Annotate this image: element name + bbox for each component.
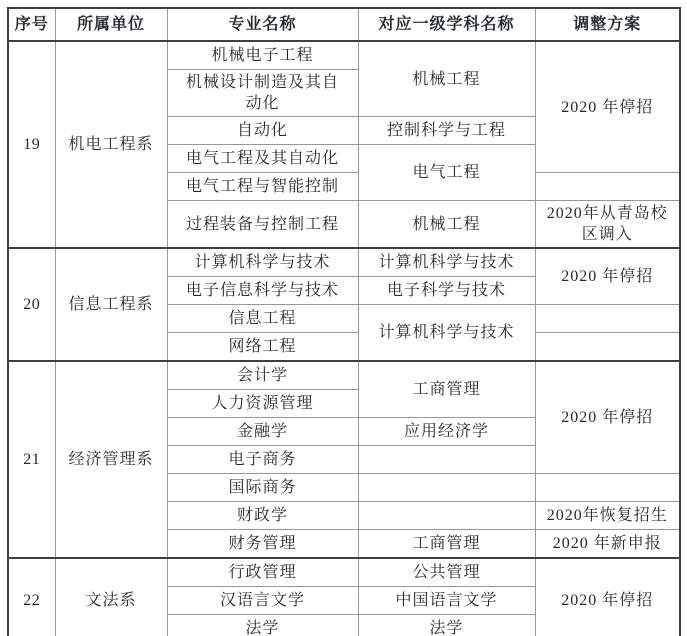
discipline-cell: 工商管理 <box>358 361 535 418</box>
discipline-cell: 法学 <box>358 615 535 636</box>
plan-cell <box>535 173 680 201</box>
column-header: 序号 <box>8 8 55 41</box>
discipline-cell: 计算机科学与技术 <box>358 305 535 362</box>
unit-cell: 经济管理系 <box>55 361 167 558</box>
major-cell: 机械电子工程 <box>167 41 358 70</box>
major-cell: 电气工程与智能控制 <box>167 173 358 201</box>
major-cell: 网络工程 <box>167 333 358 362</box>
discipline-cell: 电气工程 <box>358 145 535 201</box>
column-header: 专业名称 <box>167 8 358 41</box>
discipline-cell: 机械工程 <box>358 201 535 249</box>
plan-cell: 2020年恢复招生 <box>535 502 680 530</box>
discipline-cell: 应用经济学 <box>358 418 535 446</box>
plan-cell <box>535 474 680 502</box>
major-cell: 电气工程及其自动化 <box>167 145 358 173</box>
discipline-cell <box>358 446 535 474</box>
unit-cell: 机电工程系 <box>55 41 167 248</box>
table-row: 20信息工程系计算机科学与技术计算机科学与技术2020 年停招 <box>8 248 680 277</box>
plan-cell: 2020 年停招 <box>535 41 680 173</box>
discipline-cell: 计算机科学与技术 <box>358 248 535 277</box>
column-header: 所属单位 <box>55 8 167 41</box>
document-page: 序号所属单位专业名称对应一级学科名称调整方案 19机电工程系机械电子工程机械工程… <box>0 0 687 636</box>
plan-cell <box>535 305 680 333</box>
column-header: 调整方案 <box>535 8 680 41</box>
table-row: 19机电工程系机械电子工程机械工程2020 年停招 <box>8 41 680 70</box>
major-cell: 国际商务 <box>167 474 358 502</box>
major-cell: 财务管理 <box>167 530 358 559</box>
table-row: 21经济管理系会计学工商管理2020 年停招 <box>8 361 680 390</box>
plan-cell: 2020 年停招 <box>535 361 680 474</box>
seq-cell: 20 <box>8 248 55 361</box>
major-cell: 过程装备与控制工程 <box>167 201 358 249</box>
discipline-cell: 控制科学与工程 <box>358 117 535 145</box>
major-cell: 人力资源管理 <box>167 390 358 418</box>
major-cell: 会计学 <box>167 361 358 390</box>
major-cell: 计算机科学与技术 <box>167 248 358 277</box>
major-cell: 金融学 <box>167 418 358 446</box>
major-cell: 信息工程 <box>167 305 358 333</box>
discipline-cell <box>358 502 535 530</box>
major-cell: 电子商务 <box>167 446 358 474</box>
major-cell: 自动化 <box>167 117 358 145</box>
header-row: 序号所属单位专业名称对应一级学科名称调整方案 <box>8 8 680 41</box>
discipline-cell: 公共管理 <box>358 558 535 587</box>
discipline-cell: 电子科学与技术 <box>358 277 535 305</box>
major-cell: 汉语言文学 <box>167 587 358 615</box>
column-header: 对应一级学科名称 <box>358 8 535 41</box>
table-row: 22文法系行政管理公共管理2020 年停招 <box>8 558 680 587</box>
plan-cell <box>535 333 680 362</box>
discipline-cell: 中国语言文学 <box>358 587 535 615</box>
discipline-cell: 工商管理 <box>358 530 535 559</box>
major-cell: 法学 <box>167 615 358 636</box>
seq-cell: 22 <box>8 558 55 636</box>
seq-cell: 19 <box>8 41 55 248</box>
major-adjustment-table: 序号所属单位专业名称对应一级学科名称调整方案 19机电工程系机械电子工程机械工程… <box>7 7 681 636</box>
major-cell: 行政管理 <box>167 558 358 587</box>
discipline-cell <box>358 474 535 502</box>
major-cell: 电子信息科学与技术 <box>167 277 358 305</box>
major-cell: 财政学 <box>167 502 358 530</box>
plan-cell: 2020 年停招 <box>535 248 680 305</box>
plan-cell: 2020 年停招 <box>535 558 680 636</box>
unit-cell: 信息工程系 <box>55 248 167 361</box>
plan-cell: 2020 年新申报 <box>535 530 680 559</box>
seq-cell: 21 <box>8 361 55 558</box>
table-body: 19机电工程系机械电子工程机械工程2020 年停招机械设计制造及其自动化自动化控… <box>8 41 680 636</box>
plan-cell: 2020年从青岛校区调入 <box>535 201 680 249</box>
major-cell: 机械设计制造及其自动化 <box>167 70 358 117</box>
unit-cell: 文法系 <box>55 558 167 636</box>
discipline-cell: 机械工程 <box>358 41 535 117</box>
